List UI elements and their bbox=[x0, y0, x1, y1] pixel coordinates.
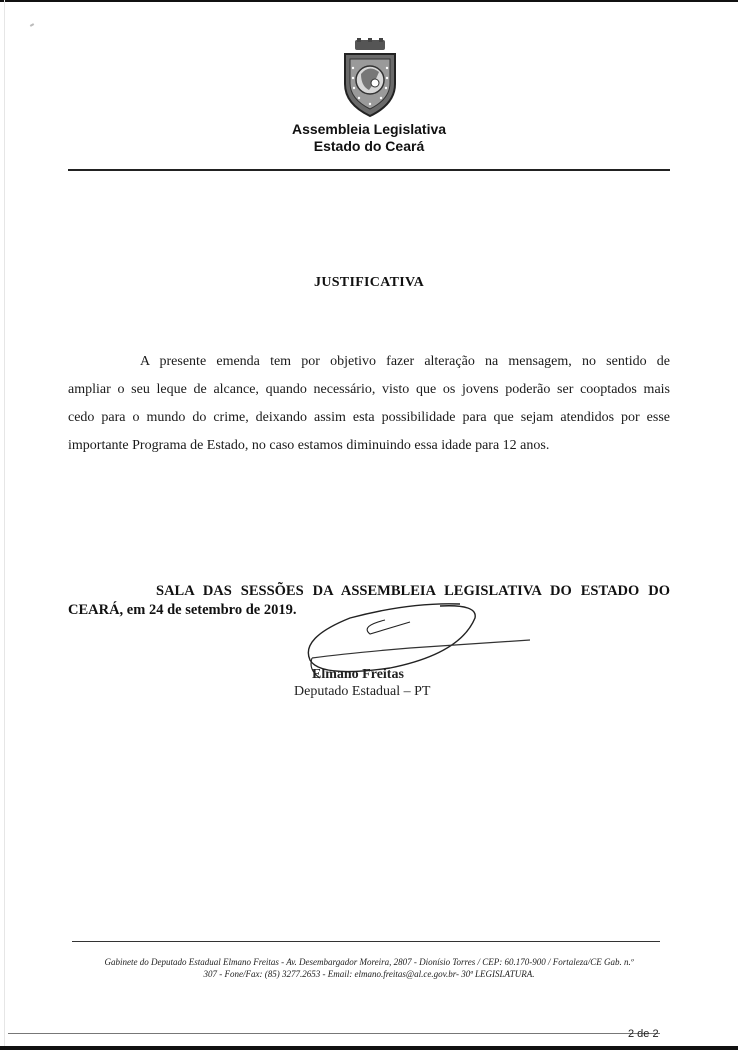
paragraph-line: ampliar o seu leque de alcance, quando n… bbox=[68, 376, 670, 404]
page-bottom-rule bbox=[8, 1033, 660, 1034]
institution-name: Assembleia Legislativa bbox=[0, 121, 738, 137]
signer-role: Deputado Estadual – PT bbox=[294, 684, 430, 700]
footer-address-line: Gabinete do Deputado Estadual Elmano Fre… bbox=[0, 956, 738, 968]
paragraph-line: importante Programa de Estado, no caso e… bbox=[68, 432, 670, 460]
scan-top-edge bbox=[0, 0, 738, 2]
scan-bottom-edge bbox=[0, 1046, 738, 1050]
scan-left-edge bbox=[4, 0, 5, 1046]
paragraph-line: A presente emenda tem por objetivo fazer… bbox=[68, 348, 670, 376]
scan-speck bbox=[30, 23, 34, 27]
footer-contact-line: 307 - Fone/Fax: (85) 3277.2653 - Email: … bbox=[0, 968, 738, 980]
header-divider bbox=[68, 169, 670, 171]
ceara-state-coat-of-arms-icon bbox=[339, 38, 401, 118]
signer-name: Elmano Freitas bbox=[312, 667, 404, 683]
document-heading: JUSTIFICATIVA bbox=[0, 275, 738, 291]
paragraph-line: cedo para o mundo do crime, deixando ass… bbox=[68, 404, 670, 432]
footer-divider bbox=[72, 941, 660, 942]
justification-paragraph: A presente emenda tem por objetivo fazer… bbox=[68, 348, 670, 460]
state-name: Estado do Ceará bbox=[0, 138, 738, 154]
page-indicator: 2 de 2 bbox=[628, 1028, 659, 1040]
